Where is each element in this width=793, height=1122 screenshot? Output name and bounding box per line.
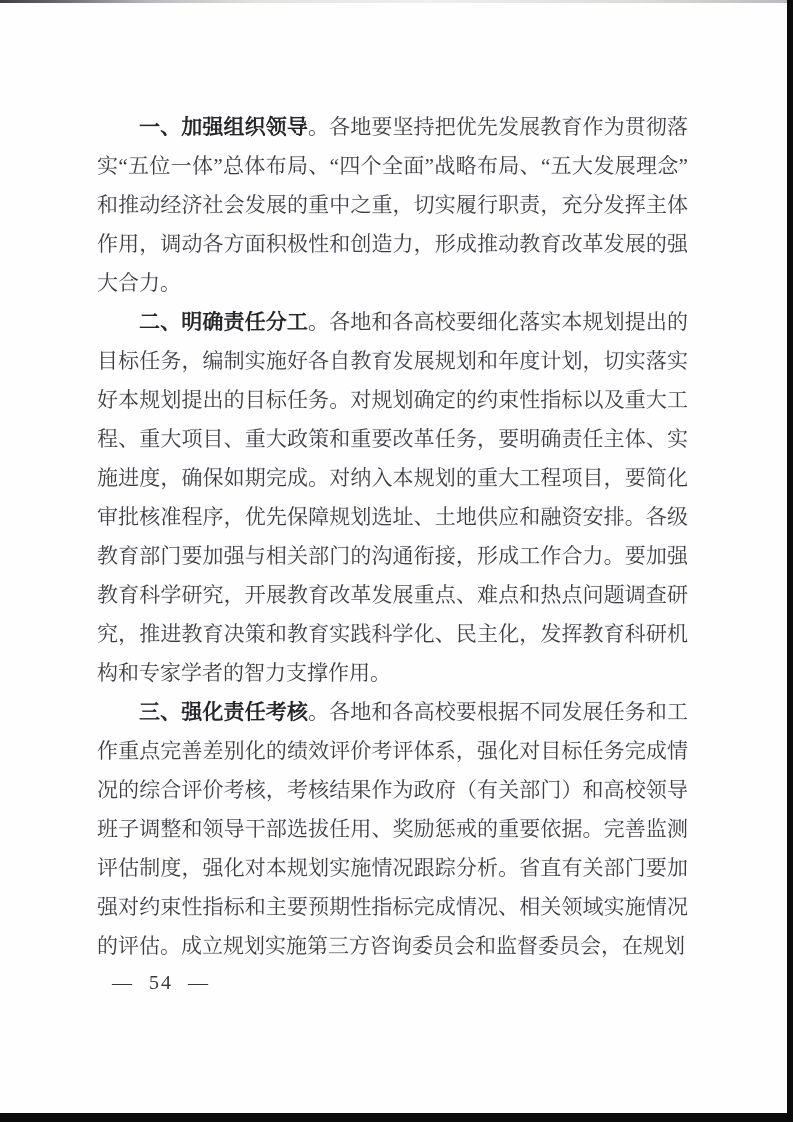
paragraph-3: 三、强化责任考核。各地和各高校要根据不同发展任务和工作重点完善差别化的绩效评价考… bbox=[97, 693, 688, 966]
scan-artifact-right-edge bbox=[787, 0, 793, 1122]
paragraph-2: 二、明确责任分工。各地和各高校要细化落实本规划提出的目标任务，编制实施好各自教育… bbox=[97, 303, 688, 693]
document-page: { "document": { "paragraphs": [ { "headi… bbox=[0, 0, 793, 1122]
document-text-block: 一、加强组织领导。各地要坚持把优先发展教育作为贯彻落实“五位一体”总体布局、“四… bbox=[97, 108, 688, 966]
paragraph-3-body: 。各地和各高校要根据不同发展任务和工作重点完善差别化的绩效评价考评体系，强化对目… bbox=[97, 700, 688, 958]
scan-artifact-bottom-edge bbox=[0, 1113, 793, 1122]
paragraph-2-body: 。各地和各高校要细化落实本规划提出的目标任务，编制实施好各自教育发展规划和年度计… bbox=[97, 310, 688, 685]
paragraph-2-heading: 二、明确责任分工 bbox=[139, 311, 308, 334]
page-number: — 54 — bbox=[112, 971, 210, 995]
paragraph-3-heading: 三、强化责任考核 bbox=[139, 701, 308, 724]
scan-artifact-top-edge bbox=[0, 0, 793, 3]
paragraph-1: 一、加强组织领导。各地要坚持把优先发展教育作为贯彻落实“五位一体”总体布局、“四… bbox=[97, 108, 688, 303]
paragraph-1-body: 。各地要坚持把优先发展教育作为贯彻落实“五位一体”总体布局、“四个全面”战略布局… bbox=[97, 115, 688, 295]
paragraph-1-heading: 一、加强组织领导 bbox=[139, 116, 308, 139]
